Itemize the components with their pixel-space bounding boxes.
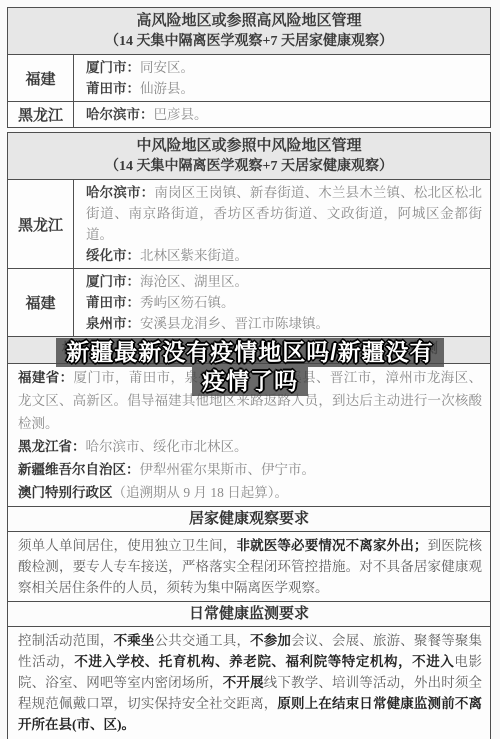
province-label: 黑龙江 xyxy=(8,180,74,268)
province-areas-cell: 哈尔滨市：巴彦县。 xyxy=(74,102,490,127)
area-list: 秀屿区笏石镇。 xyxy=(140,295,235,310)
high-risk-table: 高风险地区或参照高风险地区管理 （14 天集中隔离医学观察+7 天居家健康观察）… xyxy=(7,7,491,128)
note-text: 哈尔滨市、绥化市北林区。 xyxy=(86,439,248,454)
daily-monitoring-text: 控制活动范围，不乘坐公共交通工具，不参加会议、会展、旅游、聚餐等聚集性活动，不进… xyxy=(8,627,490,739)
city-entry: 泉州市：安溪县龙涓乡、晋江市陈埭镇。 xyxy=(86,313,482,334)
high-risk-title: 高风险地区或参照高风险地区管理 xyxy=(8,10,490,32)
province-label: 黑龙江 xyxy=(8,102,74,127)
city-entry: 厦门市：同安区。 xyxy=(86,57,482,78)
province-areas-cell: 厦门市：同安区。 莆田市：仙游县。 xyxy=(74,55,490,101)
city-entry: 哈尔滨市：巴彦县。 xyxy=(86,104,482,125)
note-macau: 澳门特别行政区（追溯期从 9 月 18 日起算）。 xyxy=(18,481,482,504)
text-segment: 控制活动范围， xyxy=(18,633,114,648)
city-entry: 莆田市：秀屿区笏石镇。 xyxy=(86,292,482,313)
medium-risk-title: 中风险地区或参照中风险地区管理 xyxy=(8,135,490,157)
table-row-fujian: 福建 厦门市：海沧区、湖里区。 莆田市：秀屿区笏石镇。 泉州市：安溪县龙涓乡、晋… xyxy=(8,269,490,337)
overlay-title-line1: 新疆最新没有疫情地区吗/新疆没有 xyxy=(56,338,443,367)
home-observation-header: 居家健康观察要求 xyxy=(8,507,490,532)
province-label: 福建 xyxy=(8,269,74,336)
province-label: 福建 xyxy=(8,55,74,101)
note-text: 伊犁州霍尔果斯市、伊宁市。 xyxy=(140,462,316,477)
high-risk-table-header: 高风险地区或参照高风险地区管理 （14 天集中隔离医学观察+7 天居家健康观察） xyxy=(8,8,490,55)
area-list: 海沧区、湖里区。 xyxy=(140,274,248,289)
overlay-title-line1-row: 新疆最新没有疫情地区吗/新疆没有 xyxy=(0,338,500,367)
text-segment-bold: 不参加 xyxy=(250,633,291,648)
city-entry: 厦门市：海沧区、湖里区。 xyxy=(86,271,482,292)
city-label: 哈尔滨市： xyxy=(86,107,154,122)
text-segment-bold: 非就医等必要情况不离家外出； xyxy=(236,538,427,553)
daily-monitoring-header: 日常健康监测要求 xyxy=(8,602,490,627)
city-label: 厦门市： xyxy=(86,60,140,75)
table-row-heilongjiang: 黑龙江 哈尔滨市：巴彦县。 xyxy=(8,102,490,127)
medium-risk-subtitle: （14 天集中隔离医学观察+7 天居家健康观察） xyxy=(8,157,490,177)
city-label: 莆田市： xyxy=(86,295,140,310)
text-segment-bold: 不乘坐 xyxy=(114,633,155,648)
city-label: 哈尔滨市： xyxy=(86,185,154,200)
medium-risk-table-header: 中风险地区或参照中风险地区管理 （14 天集中隔离医学观察+7 天居家健康观察） xyxy=(8,133,490,180)
overlay-title-line2-row: 疫情了吗 xyxy=(0,367,500,396)
screenshot-page: 高风险地区或参照高风险地区管理 （14 天集中隔离医学观察+7 天居家健康观察）… xyxy=(0,0,500,739)
note-heilongjiang: 黑龙江省：哈尔滨市、绥化市北林区。 xyxy=(18,435,482,458)
area-list: 安溪县龙涓乡、晋江市陈埭镇。 xyxy=(140,316,329,331)
text-segment-bold: 不进入学校、托育机构、养老院、福利院等特定机构，不进入 xyxy=(74,654,454,669)
city-label: 厦门市： xyxy=(86,274,140,289)
text-segment-bold: 不开展 xyxy=(223,675,264,690)
overlay-title: 新疆最新没有疫情地区吗/新疆没有 疫情了吗 xyxy=(0,338,500,396)
city-entry: 绥化市：北林区紫来街道。 xyxy=(86,245,482,266)
city-entry: 哈尔滨市：南岗区王岗镇、新春街道、木兰县木兰镇、松北区松北街道、南京路街道，香坊… xyxy=(86,182,482,245)
text-segment: 公共交通工具， xyxy=(155,633,251,648)
note-xinjiang: 新疆维吾尔自治区：伊犁州霍尔果斯市、伊宁市。 xyxy=(18,458,482,481)
overlay-title-line2: 疫情了吗 xyxy=(192,367,308,396)
area-list: 巴彦县。 xyxy=(154,107,208,122)
high-risk-subtitle: （14 天集中隔离医学观察+7 天居家健康观察） xyxy=(8,32,490,52)
city-label: 绥化市： xyxy=(86,248,140,263)
province-areas-cell: 哈尔滨市：南岗区王岗镇、新春街道、木兰县木兰镇、松北区松北街道、南京路街道，香坊… xyxy=(74,180,490,268)
province-areas-cell: 厦门市：海沧区、湖里区。 莆田市：秀屿区笏石镇。 泉州市：安溪县龙涓乡、晋江市陈… xyxy=(74,269,490,336)
area-list: 北林区紫来街道。 xyxy=(140,248,248,263)
note-label: 澳门特别行政区 xyxy=(18,485,113,500)
note-text: （追溯期从 9 月 18 日起算）。 xyxy=(113,485,289,500)
medium-risk-table: 中风险地区或参照中风险地区管理 （14 天集中隔离医学观察+7 天居家健康观察）… xyxy=(7,132,491,739)
table-row-heilongjiang: 黑龙江 哈尔滨市：南岗区王岗镇、新春街道、木兰县木兰镇、松北区松北街道、南京路街… xyxy=(8,180,490,269)
area-list: 同安区。 xyxy=(140,60,194,75)
city-label: 泉州市： xyxy=(86,316,140,331)
table-row-fujian: 福建 厦门市：同安区。 莆田市：仙游县。 xyxy=(8,55,490,102)
city-label: 莆田市： xyxy=(86,81,140,96)
area-list: 仙游县。 xyxy=(140,81,194,96)
note-label: 新疆维吾尔自治区： xyxy=(18,462,140,477)
text-segment: 须单人单间居住，使用独立卫生间， xyxy=(18,538,236,553)
home-observation-text: 须单人单间居住，使用独立卫生间，非就医等必要情况不离家外出；到医院核酸检测，要专… xyxy=(8,532,490,602)
note-label: 黑龙江省： xyxy=(18,439,86,454)
city-entry: 莆田市：仙游县。 xyxy=(86,78,482,99)
